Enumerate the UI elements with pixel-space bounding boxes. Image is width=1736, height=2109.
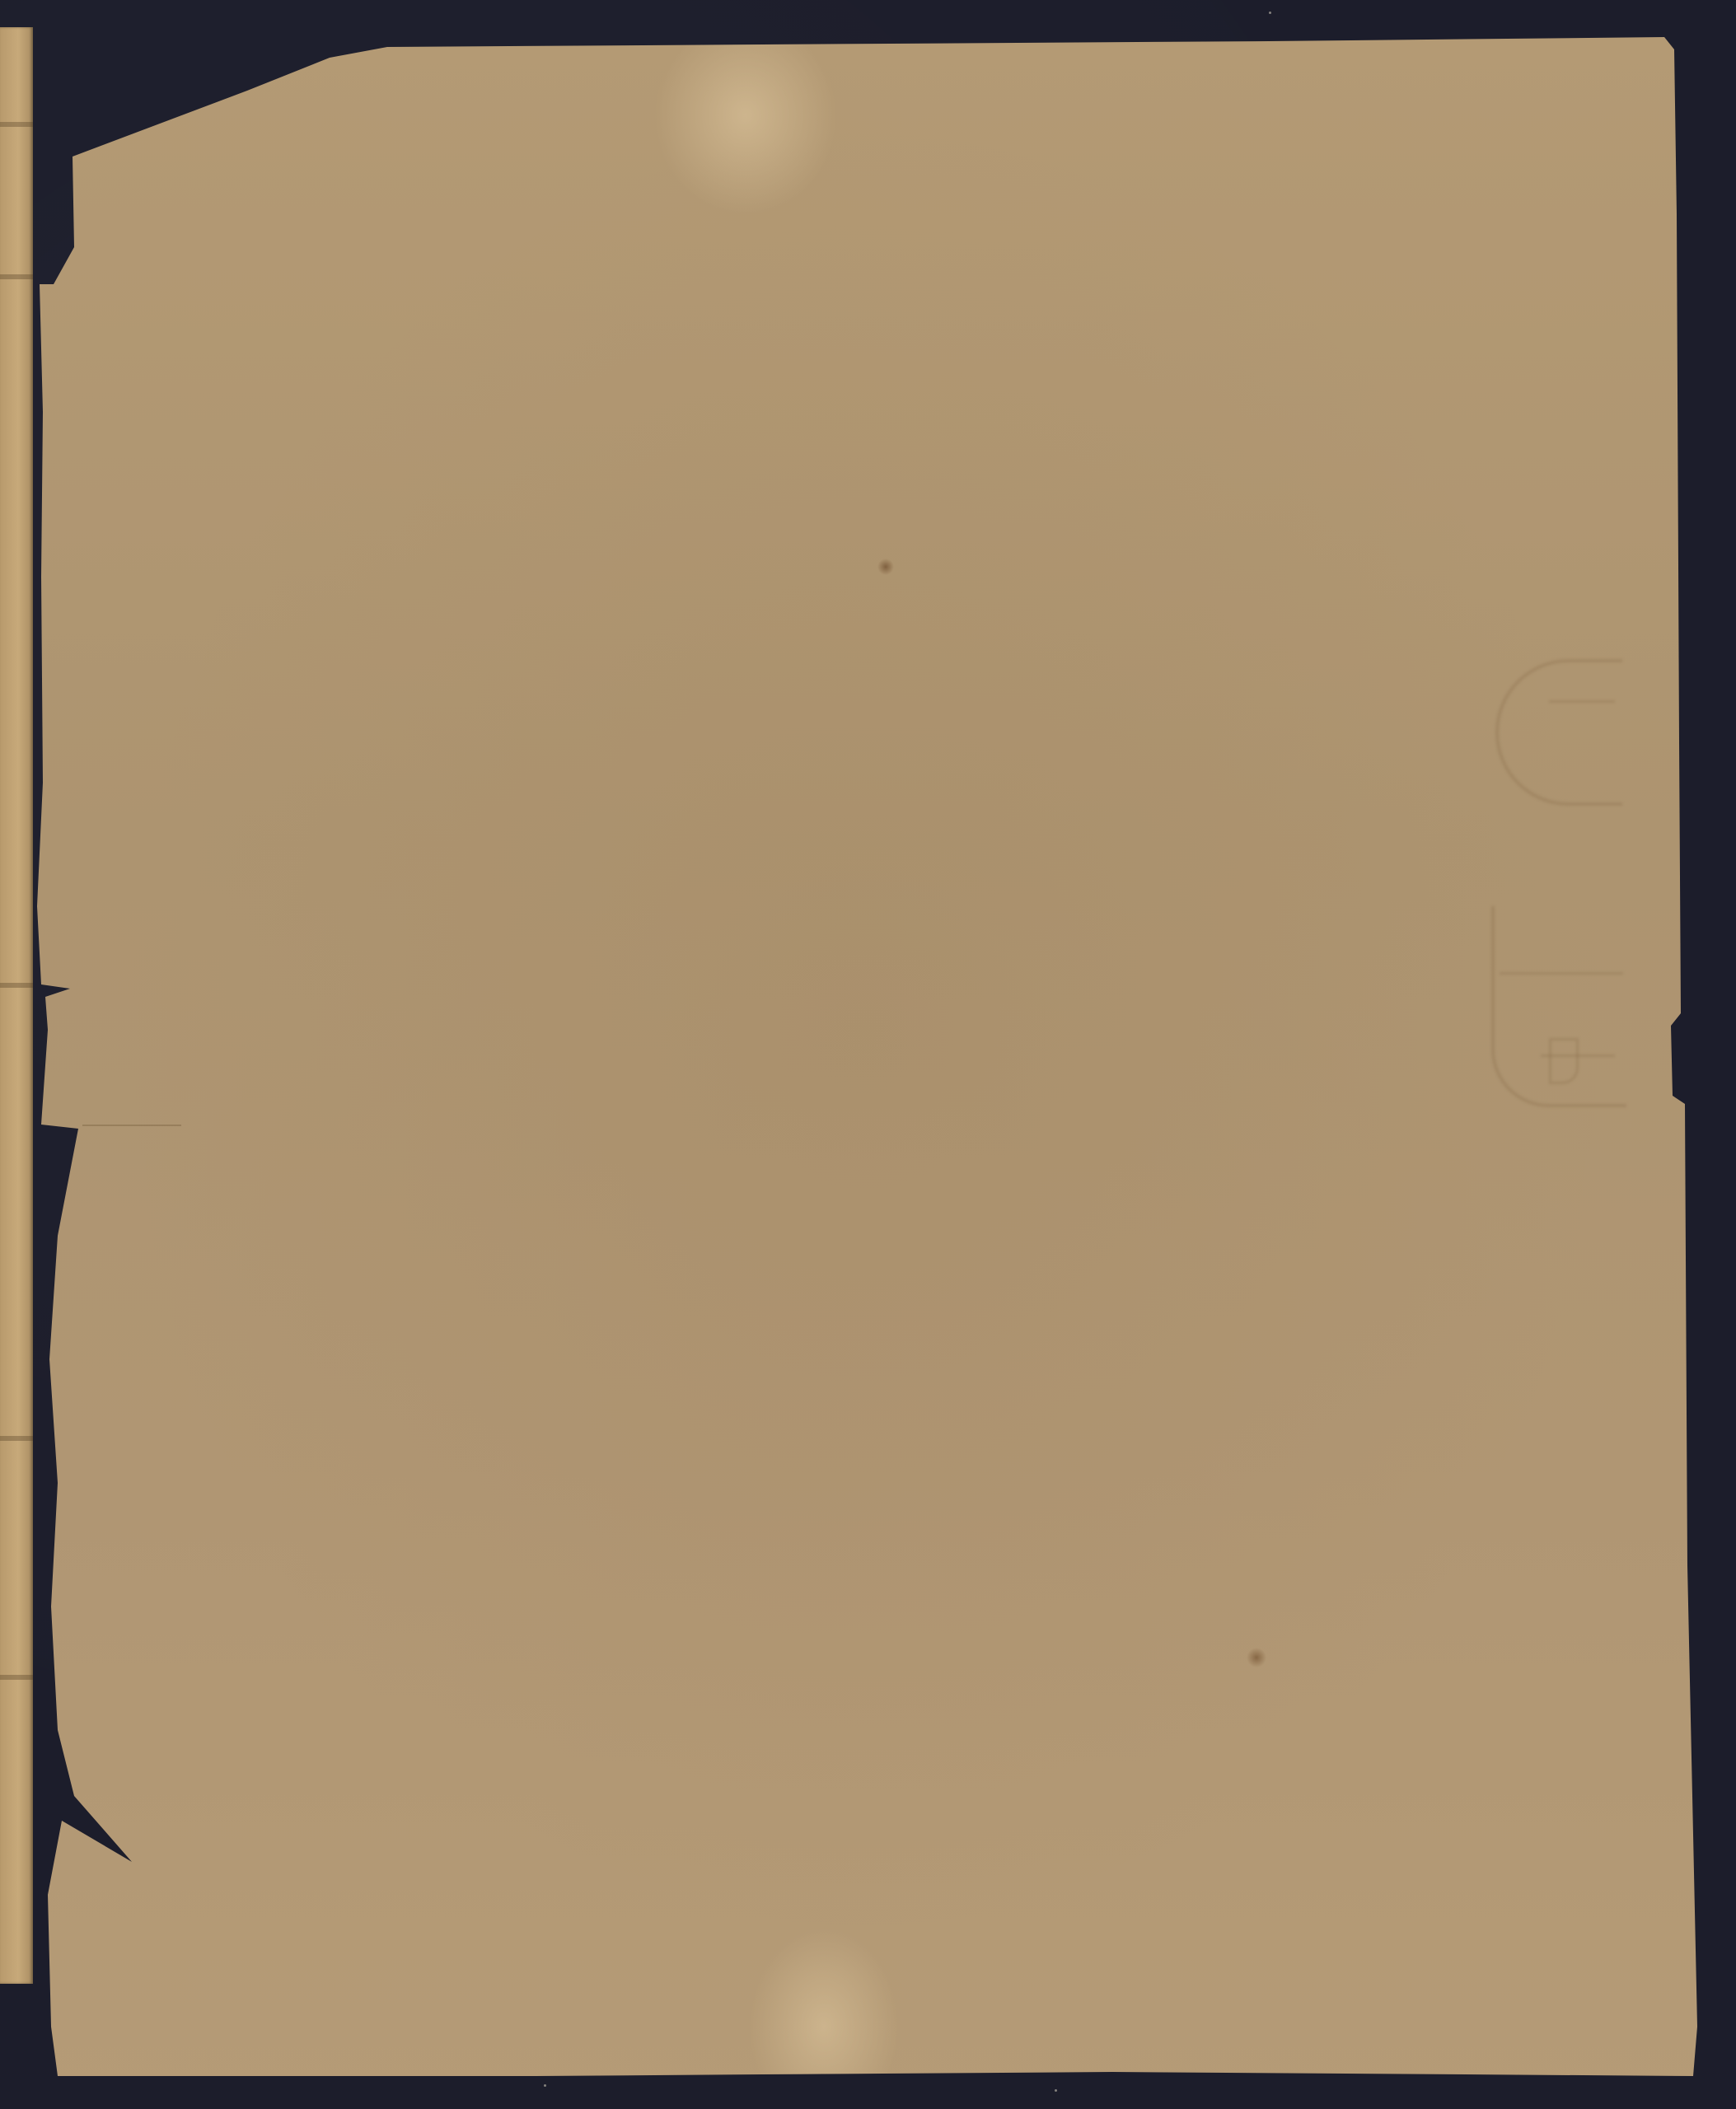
paper-crease: [82, 1125, 181, 1126]
adjacent-page-crease: [0, 122, 33, 127]
adjacent-page-edge: [0, 27, 33, 1984]
bleed-through-mark: [1549, 700, 1615, 703]
bleed-through-mark: [1500, 972, 1623, 975]
dust-speck: [544, 2084, 546, 2087]
adjacent-page-crease: [0, 1675, 33, 1680]
blank-paper-page: [0, 0, 1736, 2109]
dust-speck: [1055, 2089, 1057, 2092]
dust-speck: [1269, 12, 1271, 14]
adjacent-page-crease: [0, 1436, 33, 1441]
adjacent-page-crease: [0, 274, 33, 279]
adjacent-page-crease: [0, 983, 33, 988]
bleed-through-mark: [1495, 659, 1622, 806]
bleed-through-mark: [1549, 1038, 1579, 1084]
